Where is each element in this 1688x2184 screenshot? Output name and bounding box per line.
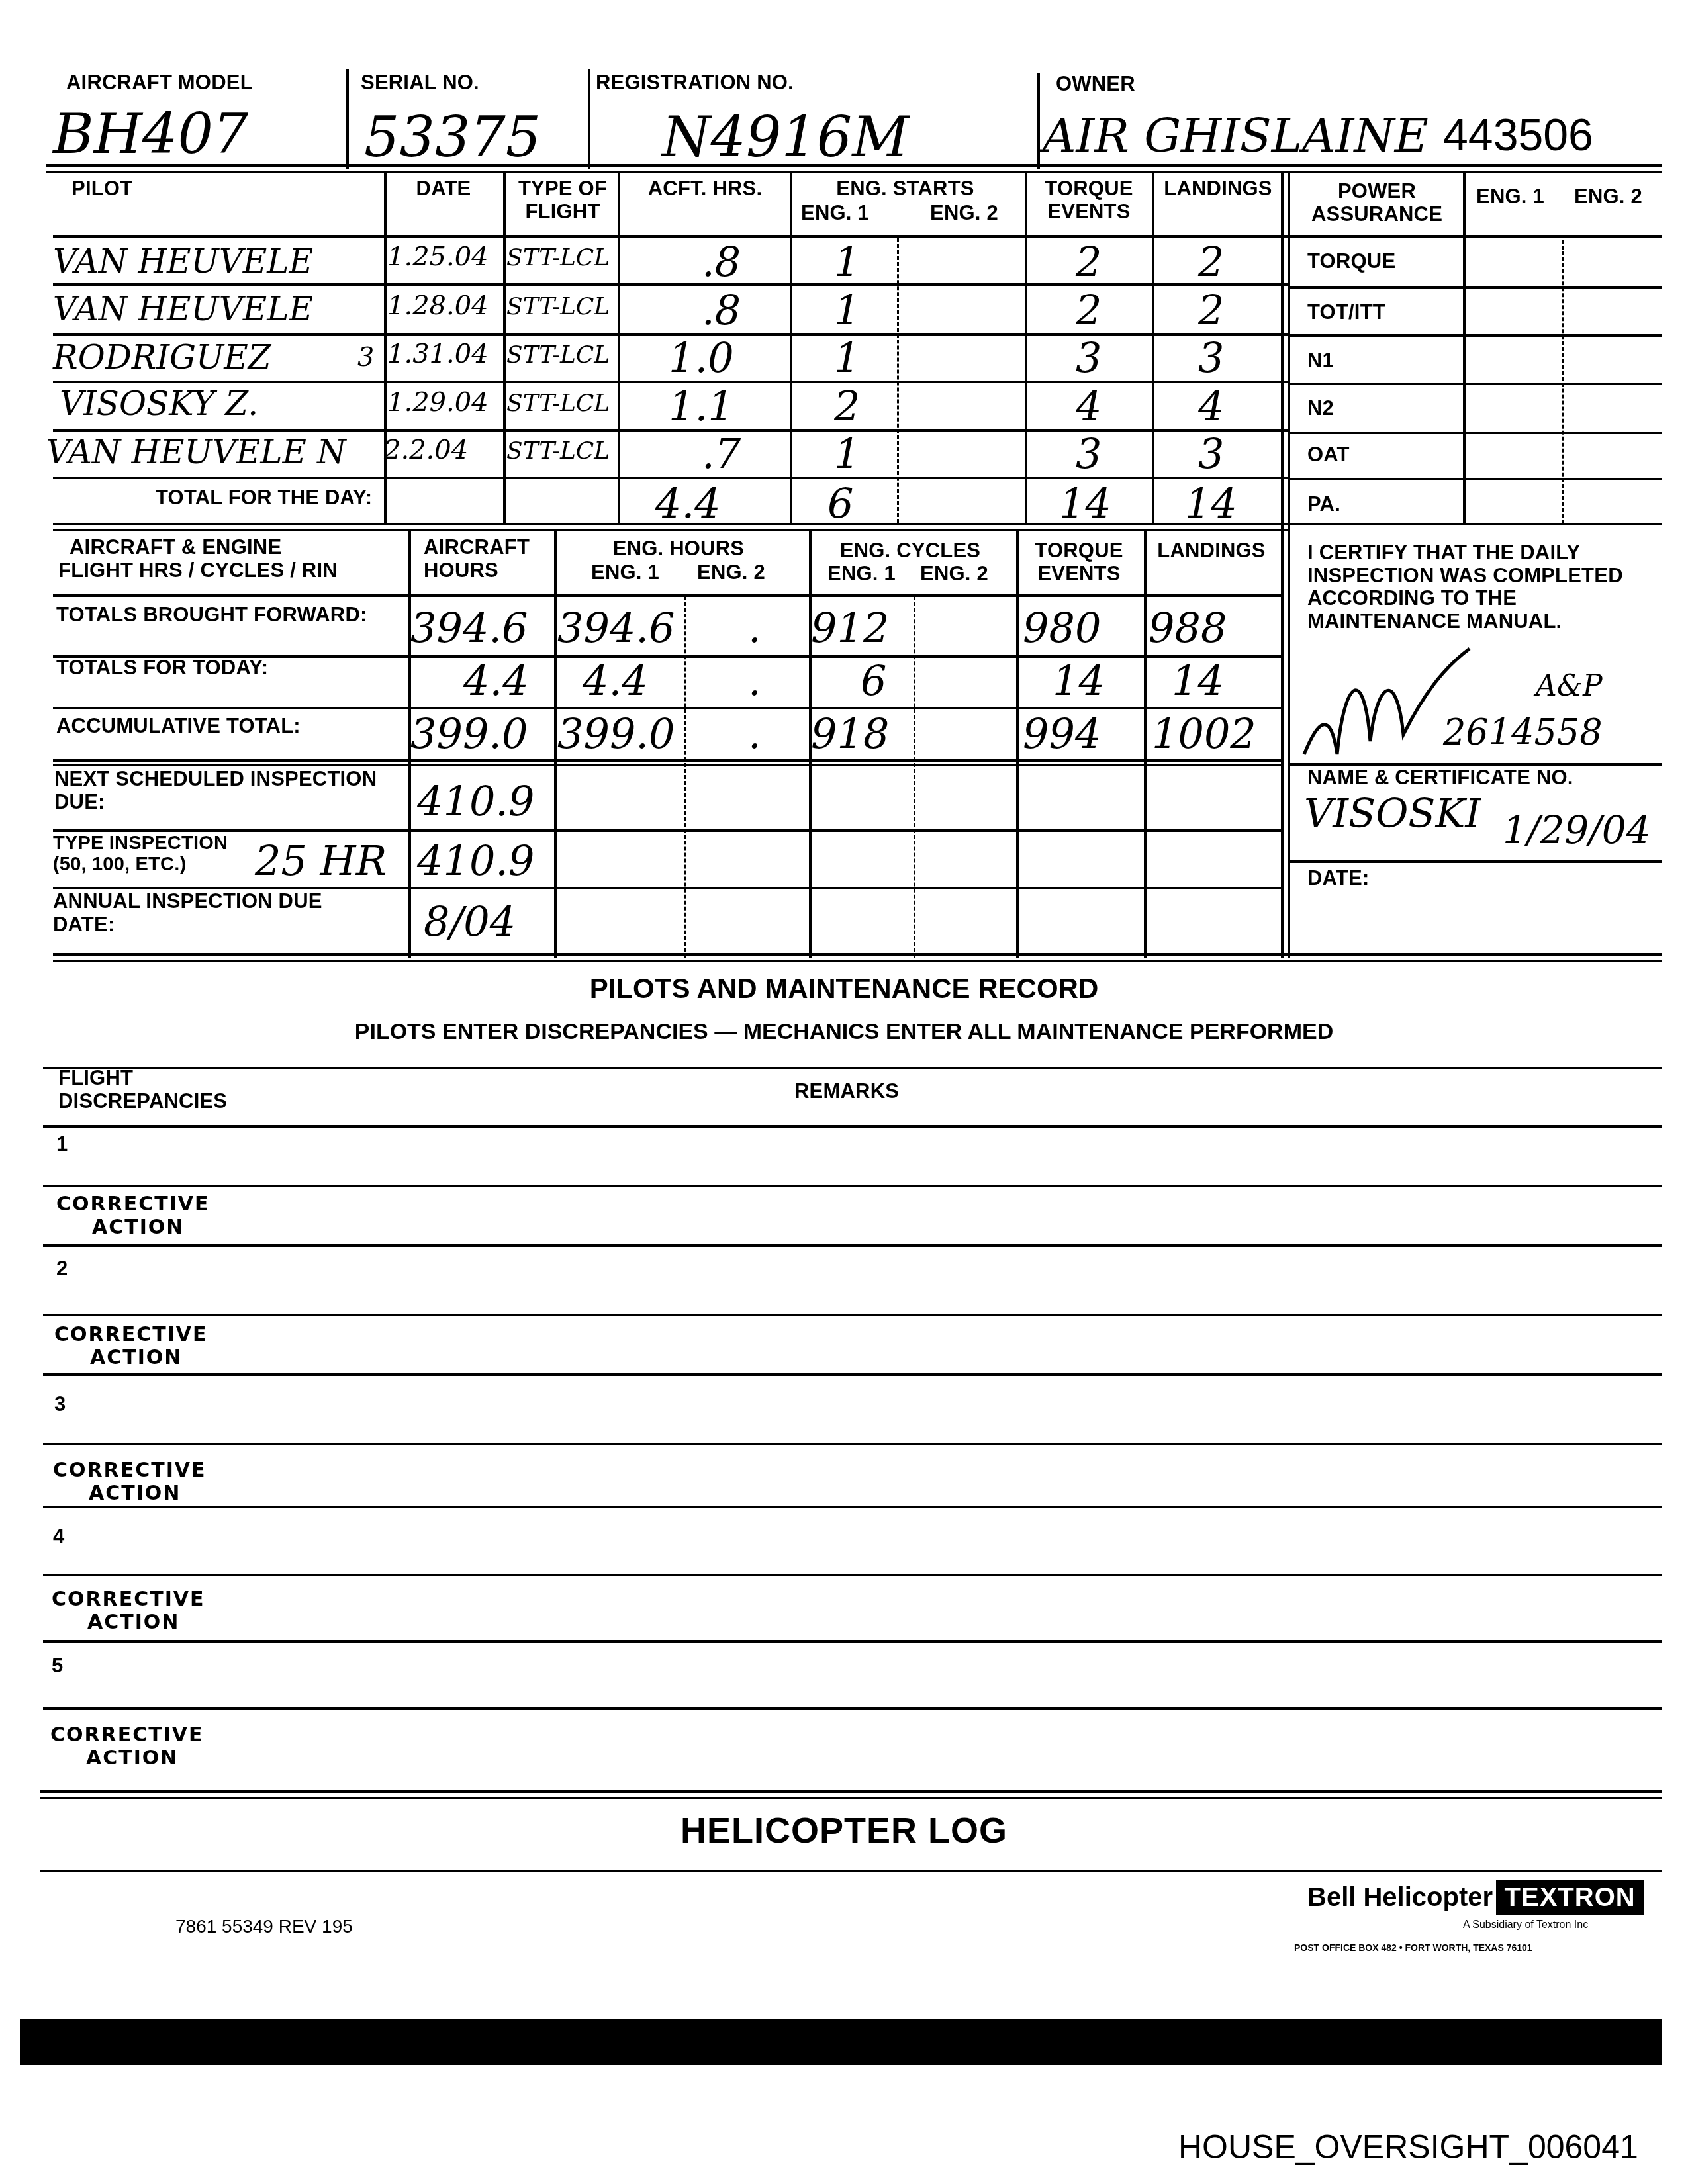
maintenance-title: PILOTS AND MAINTENANCE RECORD xyxy=(0,973,1688,1005)
flight-type: STT-LCL xyxy=(506,439,610,463)
col-eng-hours-eng2: ENG. 2 xyxy=(697,561,765,584)
registration-no-label: REGISTRATION NO. xyxy=(596,71,794,95)
torque-events: 2 xyxy=(1076,290,1102,331)
pa-item-n2: N2 xyxy=(1307,397,1334,420)
discrepancy-number: 5 xyxy=(52,1655,63,1678)
col-eng-starts: ENG. STARTS xyxy=(791,177,1019,201)
landings: 3 xyxy=(1198,338,1224,379)
flight-date: 1.25.04 xyxy=(387,244,489,270)
pilot-name: VISOSKY Z. xyxy=(60,387,258,420)
col-eng-cycles-eng2: ENG. 2 xyxy=(920,563,988,586)
textron-badge: TEXTRON xyxy=(1496,1880,1644,1915)
brand-name: Bell Helicopter xyxy=(1307,1883,1493,1912)
row-label: TOTALS FOR TODAY: xyxy=(56,657,268,680)
flight-date: 2.2.04 xyxy=(384,437,468,463)
torque-events: 14 xyxy=(1053,660,1105,702)
row-label: TOTALS BROUGHT FORWARD: xyxy=(56,604,367,627)
helicopter-log-title: HELICOPTER LOG xyxy=(0,1810,1688,1851)
aircraft-hours: 394.6 xyxy=(410,608,528,649)
signature-mark: A&P xyxy=(1536,672,1603,701)
corrective-action-label: CORRECTIVEACTION xyxy=(52,1588,205,1634)
col-landings: LANDINGS xyxy=(1145,539,1278,563)
flight-date: 1.28.04 xyxy=(387,293,489,319)
col-section-line1: AIRCRAFT & ENGINE xyxy=(70,536,281,559)
corrective-action-label: CORRECTIVEACTION xyxy=(54,1324,208,1369)
certification-date: 1/29/04 xyxy=(1503,811,1651,849)
pa-eng1-header: ENG. 1 xyxy=(1476,185,1544,208)
col-date: DATE xyxy=(384,177,503,201)
flight-type: STT-LCL xyxy=(506,392,610,416)
landings: 4 xyxy=(1198,386,1224,427)
col-eng-starts-eng1: ENG. 1 xyxy=(801,202,869,225)
row-label: ANNUAL INSPECTION DUE DATE: xyxy=(53,890,331,936)
torque-events: 980 xyxy=(1023,608,1101,649)
discrepancy-number: 4 xyxy=(53,1525,64,1549)
col-aircraft-hours: AIRCRAFT HOURS xyxy=(424,536,549,582)
pilot-name: RODRIGUEZ xyxy=(53,341,271,374)
date-label: DATE: xyxy=(1307,867,1369,890)
eng2-hours: . xyxy=(748,660,761,702)
bell-helicopter-logo: Bell Helicopter TEXTRON xyxy=(1307,1883,1644,1913)
corrective-action-label: CORRECTIVEACTION xyxy=(50,1724,204,1770)
aircraft-hours: 4.4 xyxy=(463,660,529,702)
pilot-name: VAN HEUVELE xyxy=(53,293,313,326)
discrepancy-number: 1 xyxy=(56,1133,68,1156)
pa-item-torque: TORQUE xyxy=(1307,250,1395,273)
maintenance-subtitle: PILOTS ENTER DISCREPANCIES — MECHANICS E… xyxy=(0,1019,1688,1045)
pa-item-n1: N1 xyxy=(1307,349,1334,373)
torque-events: 3 xyxy=(1076,338,1102,379)
eng1-cycles: 912 xyxy=(811,608,889,649)
pa-item-oat: OAT xyxy=(1307,443,1350,467)
owner-label: OWNER xyxy=(1056,73,1135,96)
pilot-name: VAN HEUVELE xyxy=(53,245,313,278)
serial-no-label: SERIAL NO. xyxy=(361,71,479,95)
eng1-cycles: 6 xyxy=(861,660,886,702)
torque-events: 4 xyxy=(1076,386,1102,427)
acft-hrs: .8 xyxy=(702,290,741,331)
col-section-line2: FLIGHT HRS / CYCLES / RIN xyxy=(58,559,338,582)
flight-discrepancies-label: FLIGHT DISCREPANCIES xyxy=(58,1067,244,1113)
type-inspection-annotation: 25 HR xyxy=(255,841,387,882)
row-annotation: 3 xyxy=(357,344,374,371)
aircraft-hours: 399.0 xyxy=(410,713,528,754)
corrective-action-label: CORRECTIVEACTION xyxy=(56,1193,210,1239)
col-eng-hours: ENG. HOURS xyxy=(553,537,804,561)
landings: 1002 xyxy=(1152,713,1256,754)
pilot-name: VAN HEUVELE N xyxy=(46,435,346,469)
aircraft-hours: 410.9 xyxy=(417,841,535,882)
landings: 2 xyxy=(1198,290,1224,331)
total-eng1-starts: 6 xyxy=(827,483,853,524)
col-type-of-flight: TYPE OF FLIGHT xyxy=(506,177,619,223)
total-torque-events: 14 xyxy=(1059,483,1111,524)
eng1-hours: 4.4 xyxy=(583,660,648,702)
eng1-starts: 1 xyxy=(834,290,860,331)
eng1-starts: 1 xyxy=(834,433,860,475)
landings: 988 xyxy=(1149,608,1227,649)
flight-type: STT-LCL xyxy=(506,343,610,367)
eng1-hours: 399.0 xyxy=(557,713,675,754)
col-torque-events: TORQUE EVENTS xyxy=(1026,177,1152,223)
acft-hrs: .7 xyxy=(702,433,741,475)
eng1-starts: 1 xyxy=(834,338,860,379)
discrepancy-number: 2 xyxy=(56,1257,68,1281)
col-eng-starts-eng2: ENG. 2 xyxy=(930,202,998,225)
eng1-cycles: 918 xyxy=(811,713,889,754)
col-torque-events: TORQUE EVENTS xyxy=(1016,539,1142,585)
aircraft-hours: 410.9 xyxy=(417,781,535,822)
total-landings: 14 xyxy=(1185,483,1237,524)
certificate-number: 2614558 xyxy=(1443,715,1603,751)
total-for-day-label: TOTAL FOR THE DAY: xyxy=(156,486,372,510)
pa-item-tot-itt: TOT/ITT xyxy=(1307,301,1385,324)
torque-events: 2 xyxy=(1076,242,1102,283)
torque-events: 3 xyxy=(1076,433,1102,475)
serial-no-value: 53375 xyxy=(364,109,541,165)
col-eng-cycles-eng1: ENG. 1 xyxy=(827,563,896,586)
eng1-starts: 1 xyxy=(834,242,860,283)
total-acft-hrs: 4.4 xyxy=(655,483,721,524)
aircraft-model-label: AIRCRAFT MODEL xyxy=(66,71,253,95)
eng2-hours: . xyxy=(748,713,761,754)
col-pilot: PILOT xyxy=(71,177,132,201)
landings: 2 xyxy=(1198,242,1224,283)
col-eng-cycles: ENG. CYCLES xyxy=(808,539,1013,563)
landings: 14 xyxy=(1172,660,1224,702)
pa-item-pa: PA. xyxy=(1307,493,1340,516)
acft-hrs: 1.1 xyxy=(669,386,734,427)
scan-artifact-bar xyxy=(20,2019,1662,2065)
corrective-action-label: CORRECTIVEACTION xyxy=(53,1459,207,1505)
col-landings: LANDINGS xyxy=(1155,177,1281,201)
aircraft-hours: 8/04 xyxy=(424,901,516,942)
eng2-hours: . xyxy=(748,608,761,649)
name-certificate-label: NAME & CERTIFICATE NO. xyxy=(1307,766,1573,790)
eng1-hours: 394.6 xyxy=(557,608,675,649)
row-label: NEXT SCHEDULED INSPECTION DUE: xyxy=(54,768,385,813)
flight-type: STT-LCL xyxy=(506,246,610,270)
col-eng-hours-eng1: ENG. 1 xyxy=(591,561,659,584)
company-address: POST OFFICE BOX 482 • FORT WORTH, TEXAS … xyxy=(1294,1942,1532,1953)
owner-value: AIR GHISLAINE xyxy=(1043,113,1429,159)
eng1-starts: 2 xyxy=(834,386,860,427)
certification-statement: I CERTIFY THAT THE DAILY INSPECTION WAS … xyxy=(1307,541,1658,633)
power-assurance-header: POWER ASSURANCE xyxy=(1291,180,1463,226)
subsidiary-text: A Subsidiary of Textron Inc xyxy=(1463,1919,1588,1931)
row-label: TYPE INSPECTION (50, 100, ETC.) xyxy=(53,833,252,876)
remarks-label: REMARKS xyxy=(794,1080,899,1103)
flight-date: 1.31.04 xyxy=(387,341,489,367)
acft-hrs: .8 xyxy=(702,242,741,283)
row-label: ACCUMULATIVE TOTAL: xyxy=(56,715,301,738)
discrepancy-number: 3 xyxy=(54,1393,66,1416)
form-number: 7861 55349 REV 195 xyxy=(175,1916,353,1937)
bates-number: HOUSE_OVERSIGHT_006041 xyxy=(1178,2128,1638,2166)
landings: 3 xyxy=(1198,433,1224,475)
aircraft-model-value: BH407 xyxy=(53,106,248,161)
flight-date: 1.29.04 xyxy=(387,389,489,416)
torque-events: 994 xyxy=(1023,713,1101,754)
acft-hrs: 1.0 xyxy=(669,338,734,379)
pa-eng2-header: ENG. 2 xyxy=(1574,185,1642,208)
col-acft-hrs: ACFT. HRS. xyxy=(622,177,788,201)
owner-id: 443506 xyxy=(1443,109,1593,161)
inspector-name: VISOSKI xyxy=(1304,794,1481,834)
registration-no-value: N4916M xyxy=(662,109,909,165)
flight-type: STT-LCL xyxy=(506,295,610,319)
